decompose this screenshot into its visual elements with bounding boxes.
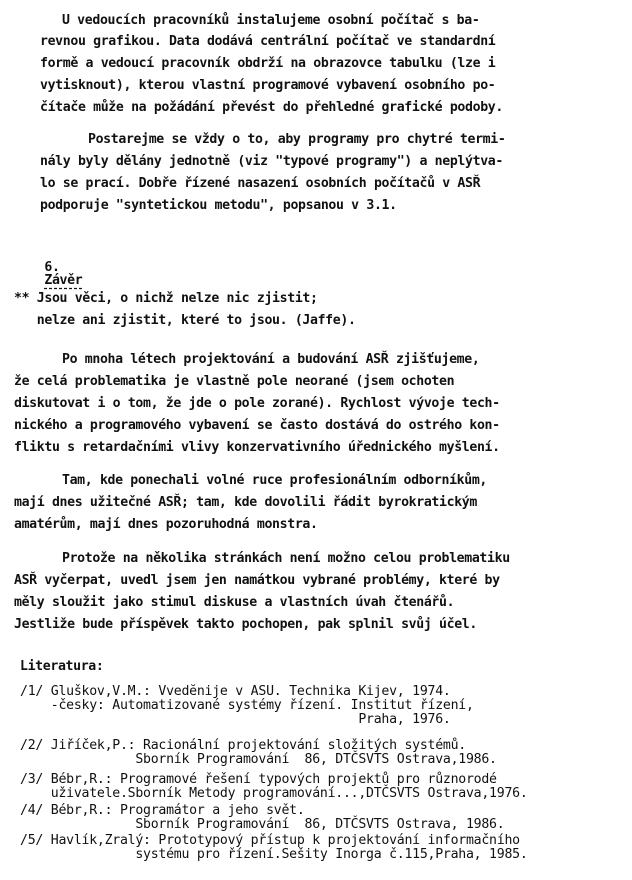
reference-line: Praha, 1976. <box>20 713 451 726</box>
reference-line: Sborník Programování 86, DTČSVTS Ostrava… <box>20 753 497 766</box>
reference-line: /1/ Gluškov,V.M.: Vvedĕnije v ASU. Techn… <box>20 685 451 698</box>
reference-line: -česky: Automatizované systémy řízení. I… <box>20 699 474 712</box>
text-line: nelze ani zjistit, které to jsou. (Jaffe… <box>14 314 356 327</box>
reference-line: systému pro řízení.Sešity Inorga č.115,P… <box>20 848 528 861</box>
section-title: Závěr <box>44 273 82 288</box>
reference-line: Sborník Programování 86, DTČSVTS Ostrava… <box>20 818 504 831</box>
text-line: Tam, kde ponechali volné ruce profesioná… <box>62 474 487 487</box>
text-line: diskutovat i o tom, že jde o pole zorané… <box>14 397 500 410</box>
reference-line: uživatele.Sborník Metody programování...… <box>20 787 528 800</box>
text-line: Protože na několika stránkách není možno… <box>62 552 510 565</box>
reference-line: /5/ Havlík,Zralý: Prototypový přístup k … <box>20 834 520 847</box>
text-line: lo se prací. Dobře řízené nasazení osobn… <box>40 177 480 190</box>
text-line: nály byly dělány jednotně (viz "typové p… <box>40 155 503 168</box>
text-line: podporuje "syntetickou metodu", popsanou… <box>40 199 397 212</box>
text-line: amatérům, mají dnes pozoruhodná monstra. <box>14 518 318 531</box>
text-line: ** Jsou věci, o nichž nelze nic zjistit; <box>14 292 318 305</box>
text-line: vytisknout), kterou vlastní programové v… <box>40 79 495 92</box>
text-line: mají dnes užitečné ASŘ; tam, kde dovolil… <box>14 496 477 509</box>
literature-heading: Literatura: <box>20 660 104 673</box>
reference-line: /3/ Bébr,R.: Programové řešení typových … <box>20 773 497 786</box>
text-line: nického a programového vybavení se často… <box>14 419 500 432</box>
text-line: fliktu s retardačními vlivy konzervativn… <box>14 441 500 454</box>
text-line: Postarejme se vždy o to, aby programy pr… <box>88 133 505 146</box>
text-line: Jestliže bude příspěvek takto pochopen, … <box>14 618 477 631</box>
text-line: měly sloužit jako stimul diskuse a vlast… <box>14 596 454 609</box>
text-line: formě a vedoucí pracovník obdrží na obra… <box>40 57 495 70</box>
reference-line: /4/ Bébr,R.: Programátor a jeho svět. <box>20 804 305 817</box>
text-line: ASŘ vyčerpat, uvedl jsem jen namátkou vy… <box>14 574 500 587</box>
text-line: Po mnoha létech projektování a budování … <box>62 353 479 366</box>
reference-line: /2/ Jiříček,P.: Racionální projektování … <box>20 739 466 752</box>
text-line: U vedoucích pracovníků instalujeme osobn… <box>62 14 479 27</box>
text-line: revnou grafikou. Data dodává centrální p… <box>40 35 495 48</box>
text-line: že celá problematika je vlastně pole neo… <box>14 375 454 388</box>
text-line: čítače může na požádání převést do přehl… <box>40 101 503 114</box>
